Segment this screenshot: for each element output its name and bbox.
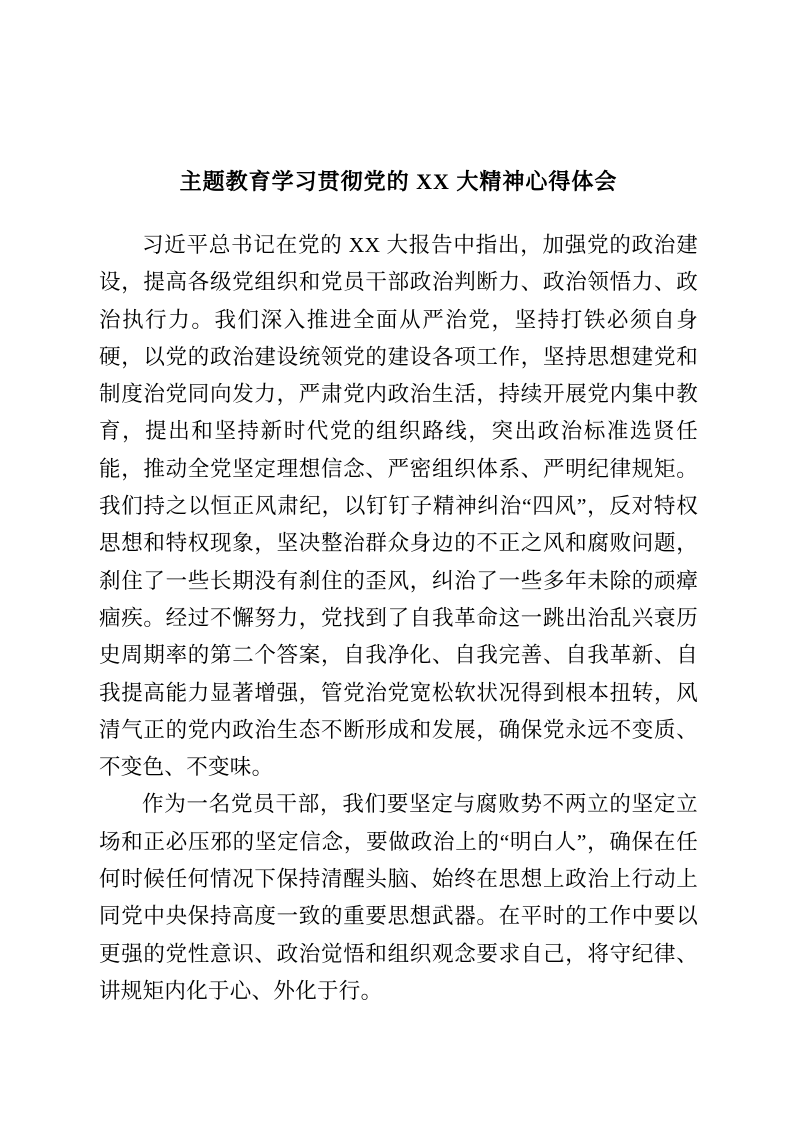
document-title: 主题教育学习贯彻党的 XX 大精神心得体会 — [99, 163, 698, 201]
paragraph-2: 作为一名党员干部，我们要坚定与腐败势不两立的坚定立场和正必压邪的坚定信念，要做政… — [99, 786, 698, 1010]
document-page: 主题教育学习贯彻党的 XX 大精神心得体会 习近平总书记在党的 XX 大报告中指… — [0, 0, 793, 1122]
paragraph-1: 习近平总书记在党的 XX 大报告中指出，加强党的政治建设，提高各级党组织和党员干… — [99, 227, 698, 786]
